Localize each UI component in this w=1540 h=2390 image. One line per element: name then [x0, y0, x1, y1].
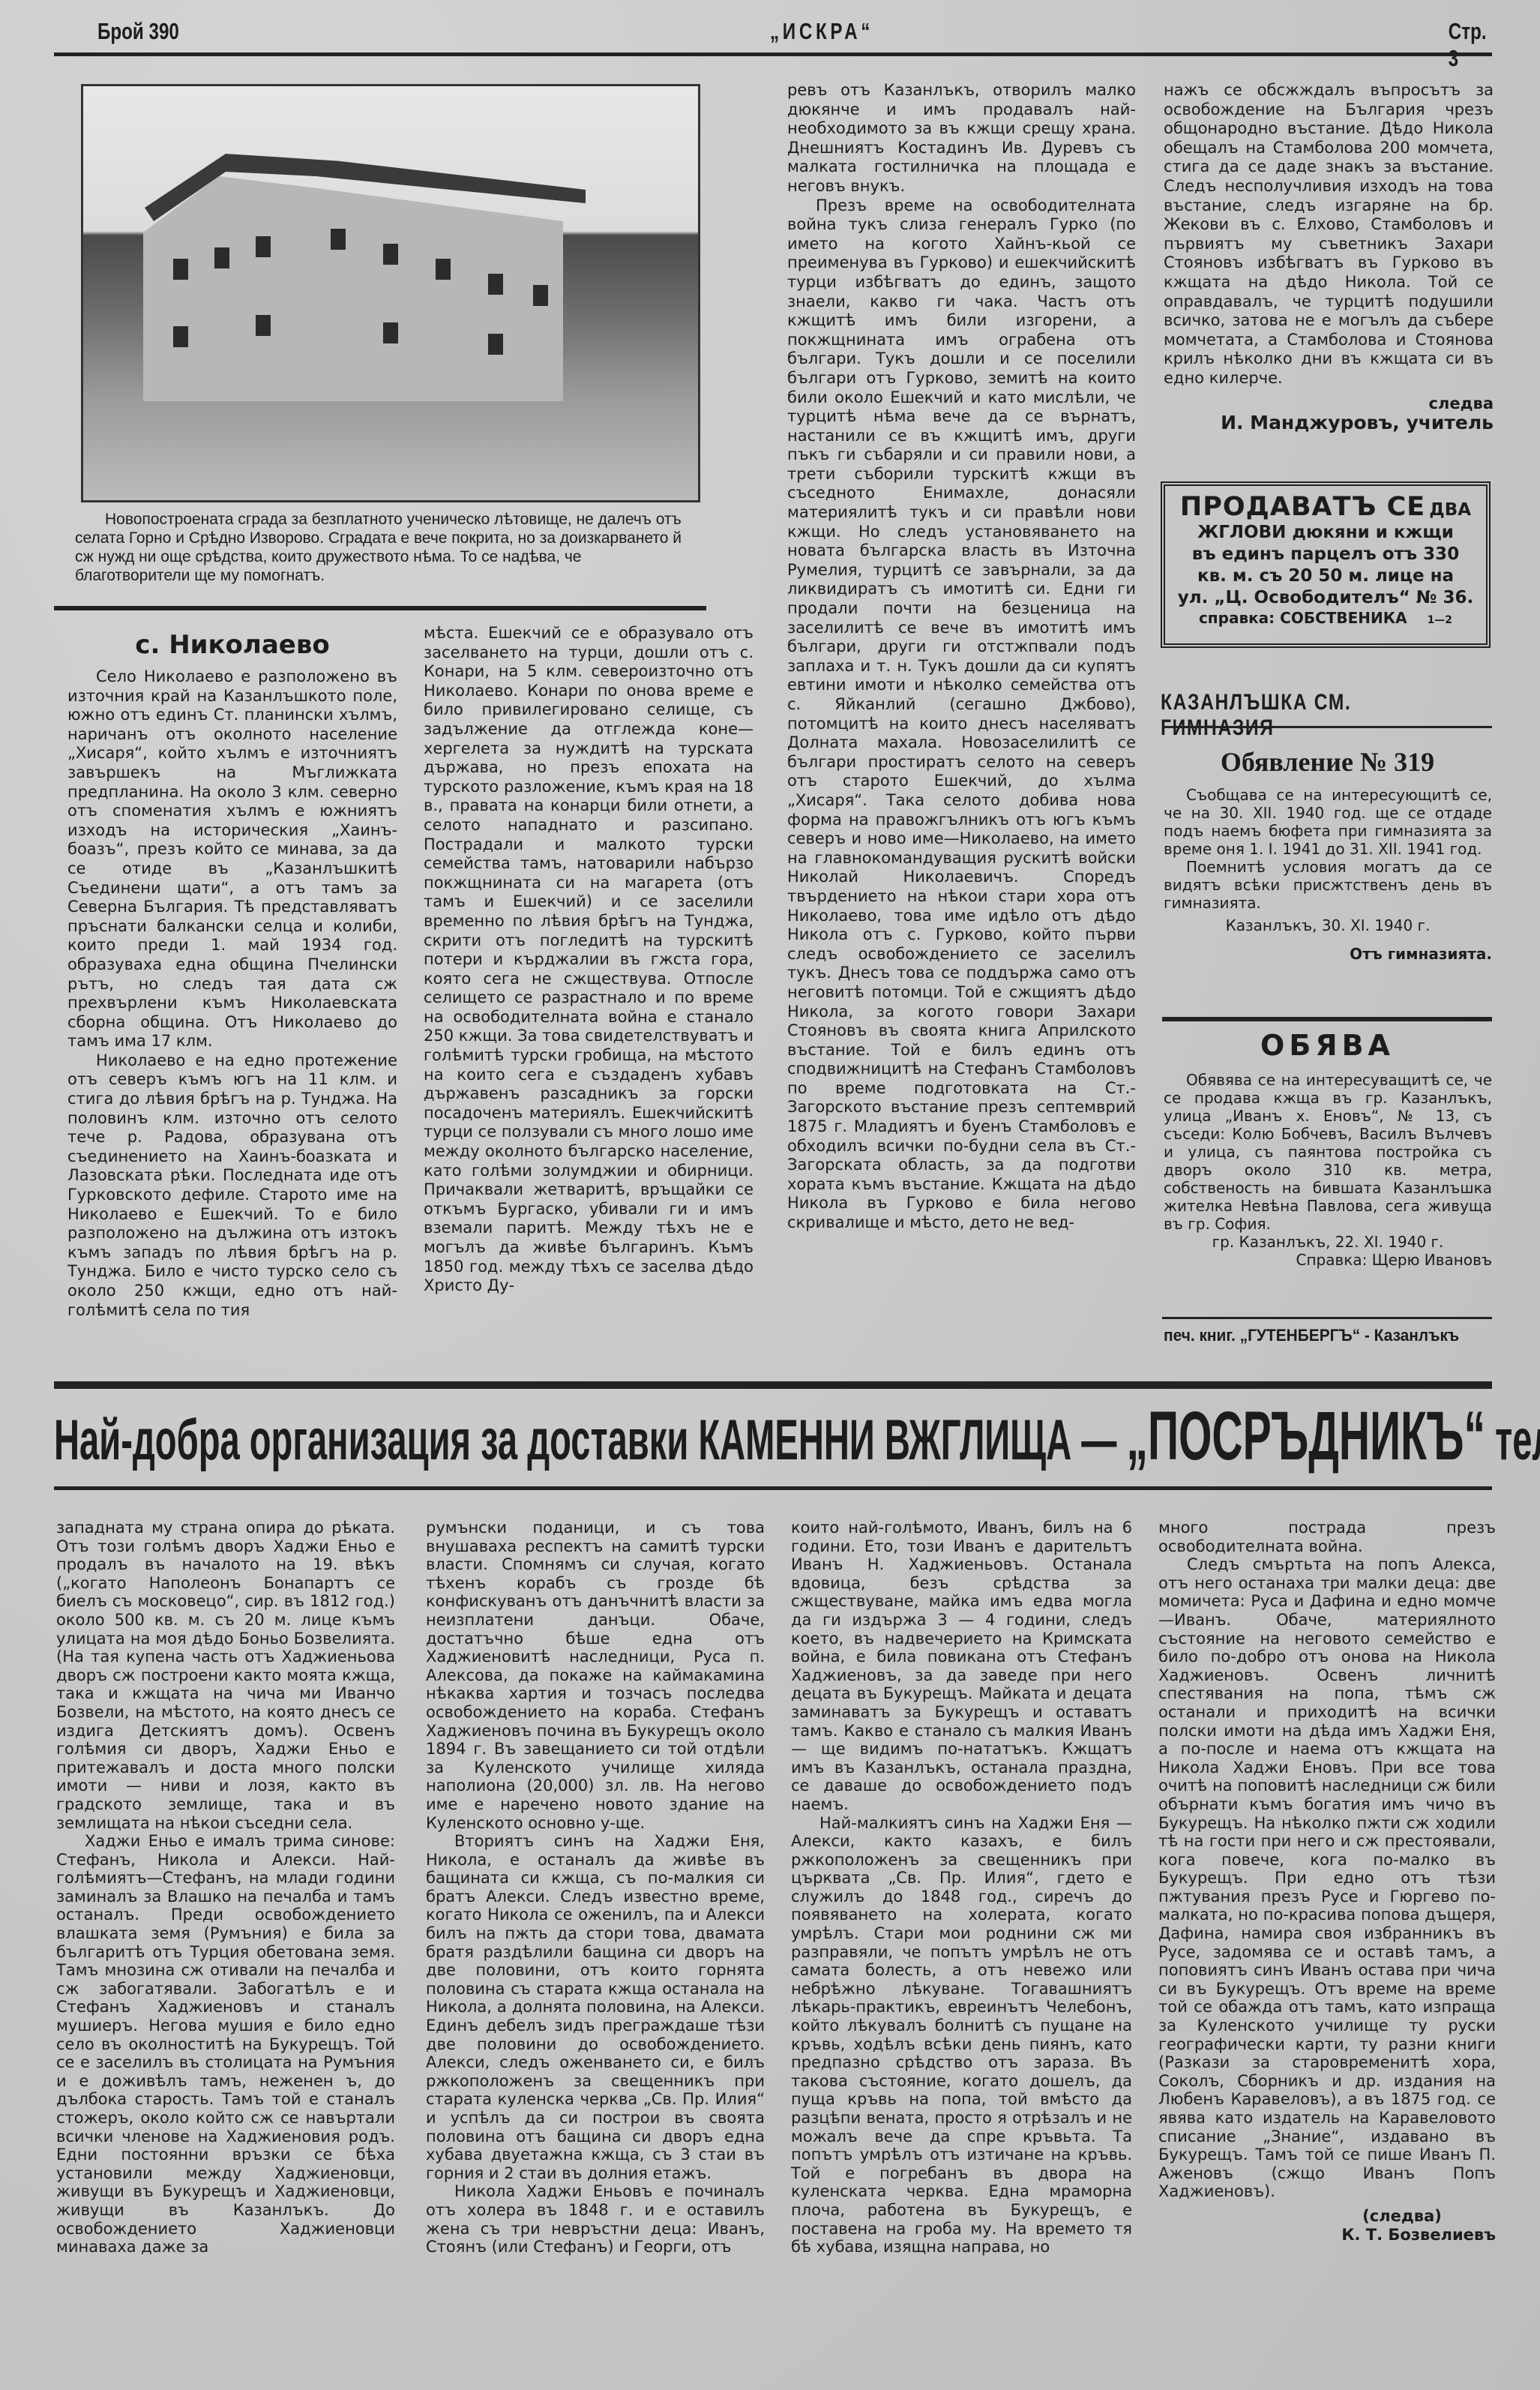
house-place-date: гр. Казанлъкъ, 22. XI. 1940 г. [1164, 1233, 1492, 1251]
paragraph: Поемнитѣ условия могатъ да се видятъ всѣ… [1164, 858, 1492, 912]
paragraph: които най-голѣмото, Иванъ, билъ на 6 год… [791, 1519, 1132, 1814]
paper-name: „ИСКРА“ [770, 18, 873, 45]
paragraph: нажъ се обсжждалъ въпросътъ за освобожде… [1164, 81, 1494, 388]
page-header: Брой 390 „ИСКРА“ Стр. 3 [97, 15, 1501, 49]
paragraph: Следъ смъртьта на попъ Алекса, отъ него … [1158, 1555, 1496, 2201]
notice-place-date: Казанлъкъ, 30. XI. 1940 г. [1164, 916, 1492, 934]
gymnasium-rule [1162, 726, 1492, 728]
notice-title: Обявление № 319 [1161, 746, 1494, 778]
author-signature: К. Т. Бозвелиевъ [1158, 2226, 1496, 2245]
article2-column-2: румънски поданици, и съ това внушаваха р… [426, 1519, 765, 2257]
continues-label: следва [1164, 394, 1494, 414]
banner-brand: „ПОСРЪДНИКЪ“ [1127, 1398, 1485, 1474]
paragraph: Вториятъ синъ на Хаджи Еня, Никола, е ос… [426, 1832, 765, 2182]
paragraph: Най-малкиятъ синъ на Хаджи Еня — Алекси,… [791, 1814, 1132, 2257]
continues-label: (следва) [1158, 2207, 1496, 2226]
paragraph: западната му страна опира до рѣката. Отъ… [56, 1519, 395, 1832]
notice-rule [1162, 1017, 1492, 1021]
paragraph: ревъ отъ Казанлъкъ, отворилъ малко дюкян… [787, 81, 1136, 196]
paragraph: Съобщава се на интересующитѣ се, че на 3… [1164, 786, 1492, 858]
banner-bottom-rule [54, 1486, 1492, 1490]
paragraph: много пострада презъ освободителната вой… [1158, 1519, 1496, 1555]
gymnasium-heading: КАЗАНЛЪШКА СМ. ГИМНАЗИЯ [1161, 690, 1434, 741]
article2-column-3: които най-голѣмото, Иванъ, билъ на 6 год… [791, 1519, 1132, 2257]
issue-number: Брой 390 [97, 18, 179, 45]
ad-headline: ПРОДАВАТЪ СЕ [1180, 492, 1425, 522]
ad-line: кв. м. съ 20 50 м. лице на [1174, 565, 1477, 587]
paragraph: Село Николаево е разположено въ източния… [67, 667, 397, 1051]
ad-run: 1—2 [1428, 614, 1452, 626]
article1-column-2: мѣста. Ешекчий се е образувало отъ засел… [424, 624, 754, 1296]
house-notice-body: Обявява се на интересуващитѣ се, че се п… [1164, 1071, 1492, 1269]
banner-phone: тел. 10 [1495, 1408, 1540, 1472]
banner-rule [54, 1381, 1492, 1389]
author-signature: И. Манджуровъ, учитель [1164, 413, 1494, 433]
paragraph: Презъ време на освободителната война тук… [787, 196, 1136, 1233]
paragraph: мѣста. Ешекчий се е образувало отъ засел… [424, 624, 754, 1296]
ad-line: ул. „Ц. Освободителъ“ № 36. [1174, 587, 1477, 609]
page-number: Стр. 3 [1449, 18, 1501, 72]
paragraph: Никола Хаджи Еньовъ е починалъ отъ холер… [426, 2182, 765, 2256]
article1-column-4: нажъ се обсжждалъ въпросътъ за освобожде… [1164, 81, 1494, 433]
ad-line: въ единъ парцелъ отъ 330 [1174, 544, 1477, 565]
house-notice-title: ОБЯВА [1161, 1029, 1494, 1062]
header-rule [54, 52, 1492, 56]
ad-contact-label: справка: [1199, 609, 1275, 627]
article1-column-3: ревъ отъ Казанлъкъ, отворилъ малко дюкян… [787, 81, 1136, 1233]
gymnasium-notice-body: Съобщава се на интересующитѣ се, че на 3… [1164, 786, 1492, 963]
building-photo [81, 84, 700, 502]
paragraph: Обявява се на интересуващитѣ се, че се п… [1164, 1071, 1492, 1233]
article2-column-4: много пострада презъ освободителната вой… [1158, 1519, 1496, 2244]
sale-advertisement: ПРОДАВАТЪ СЕ ДВА ЖГЛОВИ дюкяни и кжщи въ… [1161, 481, 1491, 648]
paragraph: Хаджи Еньо е ималъ трима синове: Стефанъ… [56, 1832, 395, 2257]
section-rule [54, 606, 706, 610]
article2-column-1: западната му страна опира до рѣката. Отъ… [56, 1519, 395, 2257]
ad-headline-small: ДВА [1429, 500, 1471, 520]
house-contact: Справка: Щерю Ивановъ [1164, 1251, 1492, 1269]
article-title: с. Николаево [97, 630, 367, 660]
paragraph: румънски поданици, и съ това внушаваха р… [426, 1519, 765, 1832]
banner-text: Най-добра организация за доставки КАМЕНН… [54, 1408, 1116, 1472]
printer-imprint: печ. книг. „ГУТЕНБЕРГЪ“ - Казанлъкъ [1164, 1326, 1477, 1345]
ad-line: ЖГЛОВИ дюкяни и кжщи [1174, 522, 1477, 544]
ad-contact: СОБСТВЕНИКА [1280, 609, 1407, 627]
article1-column-1: Село Николаево е разположено въ източния… [67, 667, 397, 1320]
paragraph: Николаево е на едно протежение отъ север… [67, 1051, 397, 1320]
photo-caption: Новопостроената сграда за безплатното уч… [75, 510, 690, 585]
coal-advertisement-banner: Най-добра организация за доставки КАМЕНН… [54, 1402, 946, 1477]
printer-rule [1162, 1317, 1492, 1319]
notice-signature: Отъ гимназията. [1164, 945, 1492, 963]
newspaper-page: Брой 390 „ИСКРА“ Стр. 3 Новопостроената … [0, 0, 1540, 2390]
